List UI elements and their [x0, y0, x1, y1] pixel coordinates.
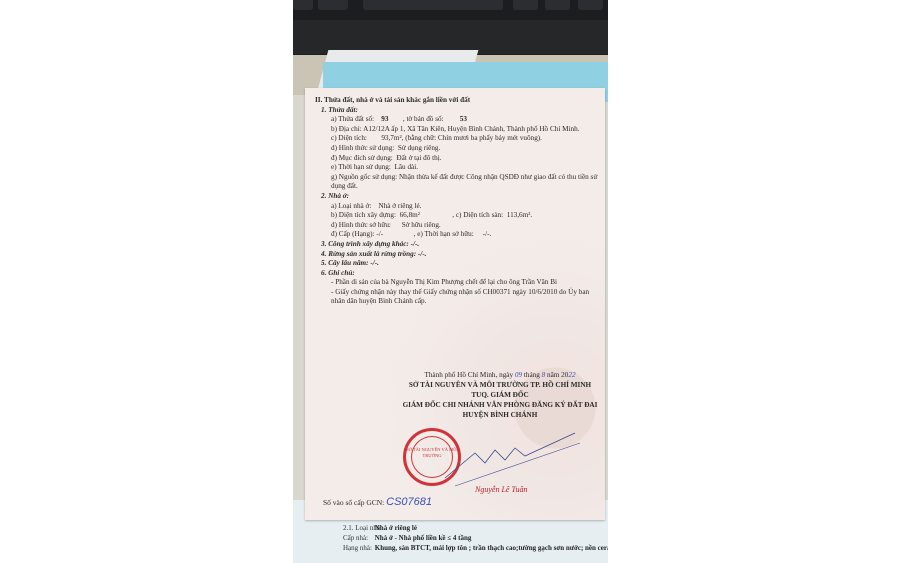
other-works: 3. Công trình xây dựng khác: -/-. [315, 240, 600, 250]
signature-block: Thành phố Hồ Chí Minh, ngày 09 tháng 8 n… [400, 370, 600, 420]
document-photo: 2.1. Loại nhà: Nhà ở riêng lẻ Cấp nhà: N… [293, 0, 608, 563]
perennial-trees: 5. Cây lâu năm: -/-. [315, 259, 600, 269]
signer-position: GIÁM ĐỐC CHI NHÁNH VĂN PHÒNG ĐĂNG KÝ ĐẤT… [400, 400, 600, 410]
term-row: e) Thời hạn sử dụng: Lâu dài. [315, 163, 600, 173]
origin-row: g) Nguồn gốc sử dụng: Nhận thừa kế đất đ… [315, 173, 600, 192]
note-item: - Giấy chứng nhận này thay thế Giấy chứn… [315, 288, 600, 307]
keyboard-background [293, 0, 608, 55]
underlying-page-text: 2.1. Loại nhà: Nhà ở riêng lẻ Cấp nhà: N… [343, 523, 608, 553]
production-forest: 4. Rừng sản xuất là rừng trồng: -/-. [315, 250, 600, 260]
agency-name: SỞ TÀI NGUYÊN VÀ MÔI TRƯỜNG TP. HỒ CHÍ M… [400, 380, 600, 390]
place-date: Thành phố Hồ Chí Minh, ngày 09 tháng 8 n… [400, 370, 600, 380]
note-item: - Phần di sản của bà Nguyễn Thị Kim Phượ… [315, 278, 600, 288]
section-title: II. Thửa đất, nhà ở và tài sản khác gắn … [315, 96, 600, 106]
built-area-row: b) Diện tích xây dựng: 66,8m² , c) Diện … [315, 211, 600, 221]
land-heading: 1. Thửa đất: [315, 106, 600, 116]
on-behalf: TUQ. GIÁM ĐỐC [400, 390, 600, 400]
notes-heading: 6. Ghi chú: [315, 269, 600, 279]
area-row: c) Diện tích: 93,7m², (bằng chữ: Chín mư… [315, 134, 600, 144]
address-row: b) Địa chỉ: A12/12A ấp 1, Xã Tân Kiên, H… [315, 125, 600, 135]
signer-name: Nguyễn Lê Tuân [475, 485, 527, 494]
ownership-row: d) Hình thức sở hữu: Sở hữu riêng. [315, 221, 600, 231]
district-name: HUYỆN BÌNH CHÁNH [400, 410, 600, 420]
signature-scribble [435, 428, 585, 488]
plot-number-row: a) Thửa đất số: 93 , tờ bản đồ số: 53 [315, 115, 600, 125]
grade-row: đ) Cấp (Hạng): -/- , e) Thời hạn sở hữu:… [315, 230, 600, 240]
house-type-row: a) Loại nhà ở: Nhà ở riêng lẻ. [315, 202, 600, 212]
purpose-row: đ) Mục đích sử dụng: Đất ở tại đô thị. [315, 154, 600, 164]
use-form-row: d) Hình thức sử dụng: Sử dụng riêng. [315, 144, 600, 154]
house-heading: 2. Nhà ở: [315, 192, 600, 202]
registration-number: Số vào sổ cấp GCN: CS07681 [323, 496, 432, 508]
land-certificate-page: II. Thửa đất, nhà ở và tài sản khác gắn … [305, 88, 605, 520]
